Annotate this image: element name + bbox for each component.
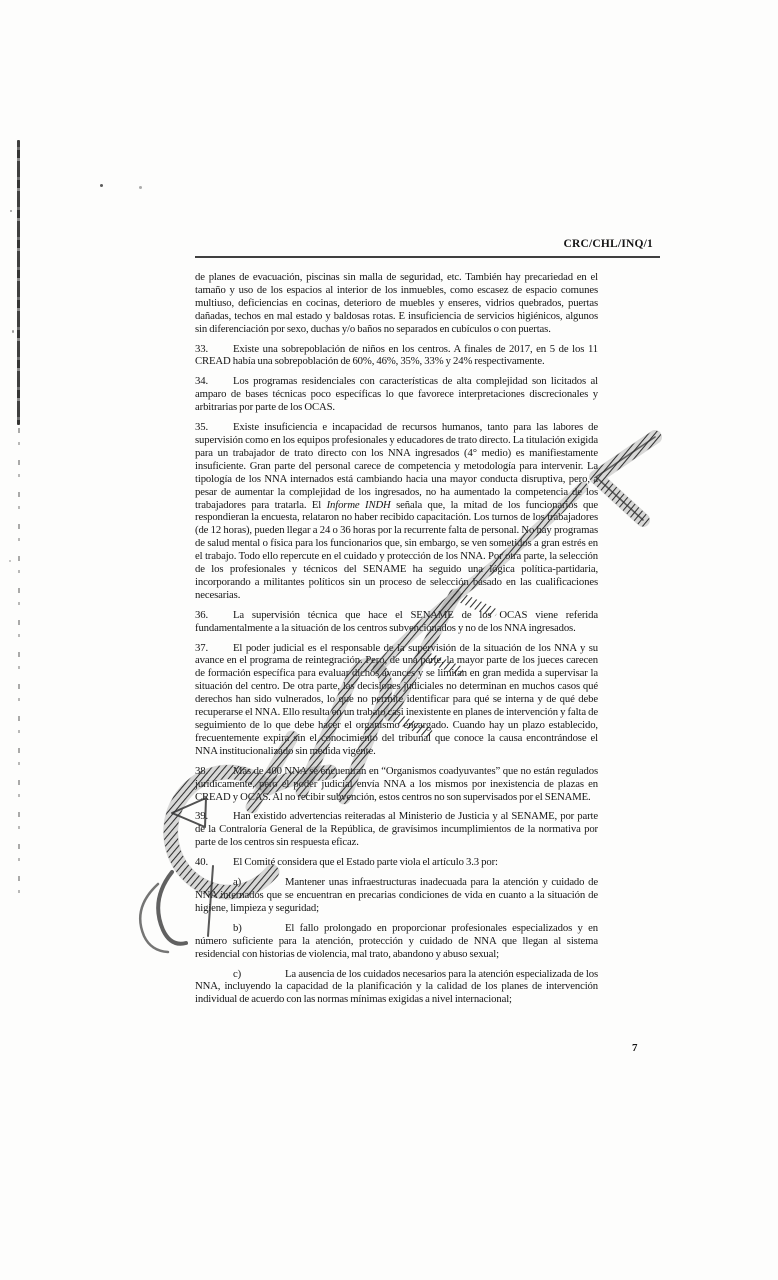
scan-speck	[12, 330, 14, 333]
subitem-label: c)	[233, 968, 285, 981]
scan-speck	[10, 210, 12, 212]
header-rule	[195, 256, 660, 258]
paragraph-38: 38.Más de 400 NNA se encuentran en “Orga…	[195, 765, 598, 804]
paragraph-39: 39.Han existido advertencias reiteradas …	[195, 810, 598, 849]
scan-speck	[100, 184, 103, 187]
scan-binding-edge-faint	[18, 428, 20, 898]
paragraph-number: 33.	[195, 343, 233, 356]
document-symbol: CRC/CHL/INQ/1	[564, 238, 654, 250]
subitem-a: a)Mantener unas infraestructuras inadecu…	[195, 876, 598, 915]
paragraph-number: 40.	[195, 856, 233, 869]
paragraph-33: 33.Existe una sobrepoblación de niños en…	[195, 343, 598, 369]
paragraph-number: 39.	[195, 810, 233, 823]
paragraph-number: 34.	[195, 375, 233, 388]
paragraph-number: 37.	[195, 642, 233, 655]
paragraph-35: 35.Existe insuficiencia e incapacidad de…	[195, 421, 598, 602]
paragraph-number: 36.	[195, 609, 233, 622]
paragraph-37: 37.El poder judicial es el responsable d…	[195, 642, 598, 758]
paragraph-36: 36.La supervisión técnica que hace el SE…	[195, 609, 598, 635]
paragraph-40: 40.El Comité considera que el Estado par…	[195, 856, 598, 869]
scan-speck	[9, 560, 11, 562]
subitem-c: c)La ausencia de los cuidados necesarios…	[195, 968, 598, 1007]
scan-speck	[139, 186, 142, 189]
paragraph-number: 35.	[195, 421, 233, 434]
italic-report-title: Informe INDH	[327, 499, 391, 511]
document-body: de planes de evacuación, piscinas sin ma…	[195, 271, 598, 1013]
scan-binding-edge	[17, 140, 20, 425]
scanned-document-page: CRC/CHL/INQ/1 de planes de evacuación, p…	[0, 0, 778, 1280]
paragraph-number: 38.	[195, 765, 233, 778]
page-number: 7	[632, 1042, 638, 1054]
subitem-b: b)El fallo prolongado en proporcionar pr…	[195, 922, 598, 961]
subitem-label: a)	[233, 876, 285, 889]
subitem-label: b)	[233, 922, 285, 935]
paragraph-intro: de planes de evacuación, piscinas sin ma…	[195, 271, 598, 336]
paragraph-34: 34.Los programas residenciales con carac…	[195, 375, 598, 414]
